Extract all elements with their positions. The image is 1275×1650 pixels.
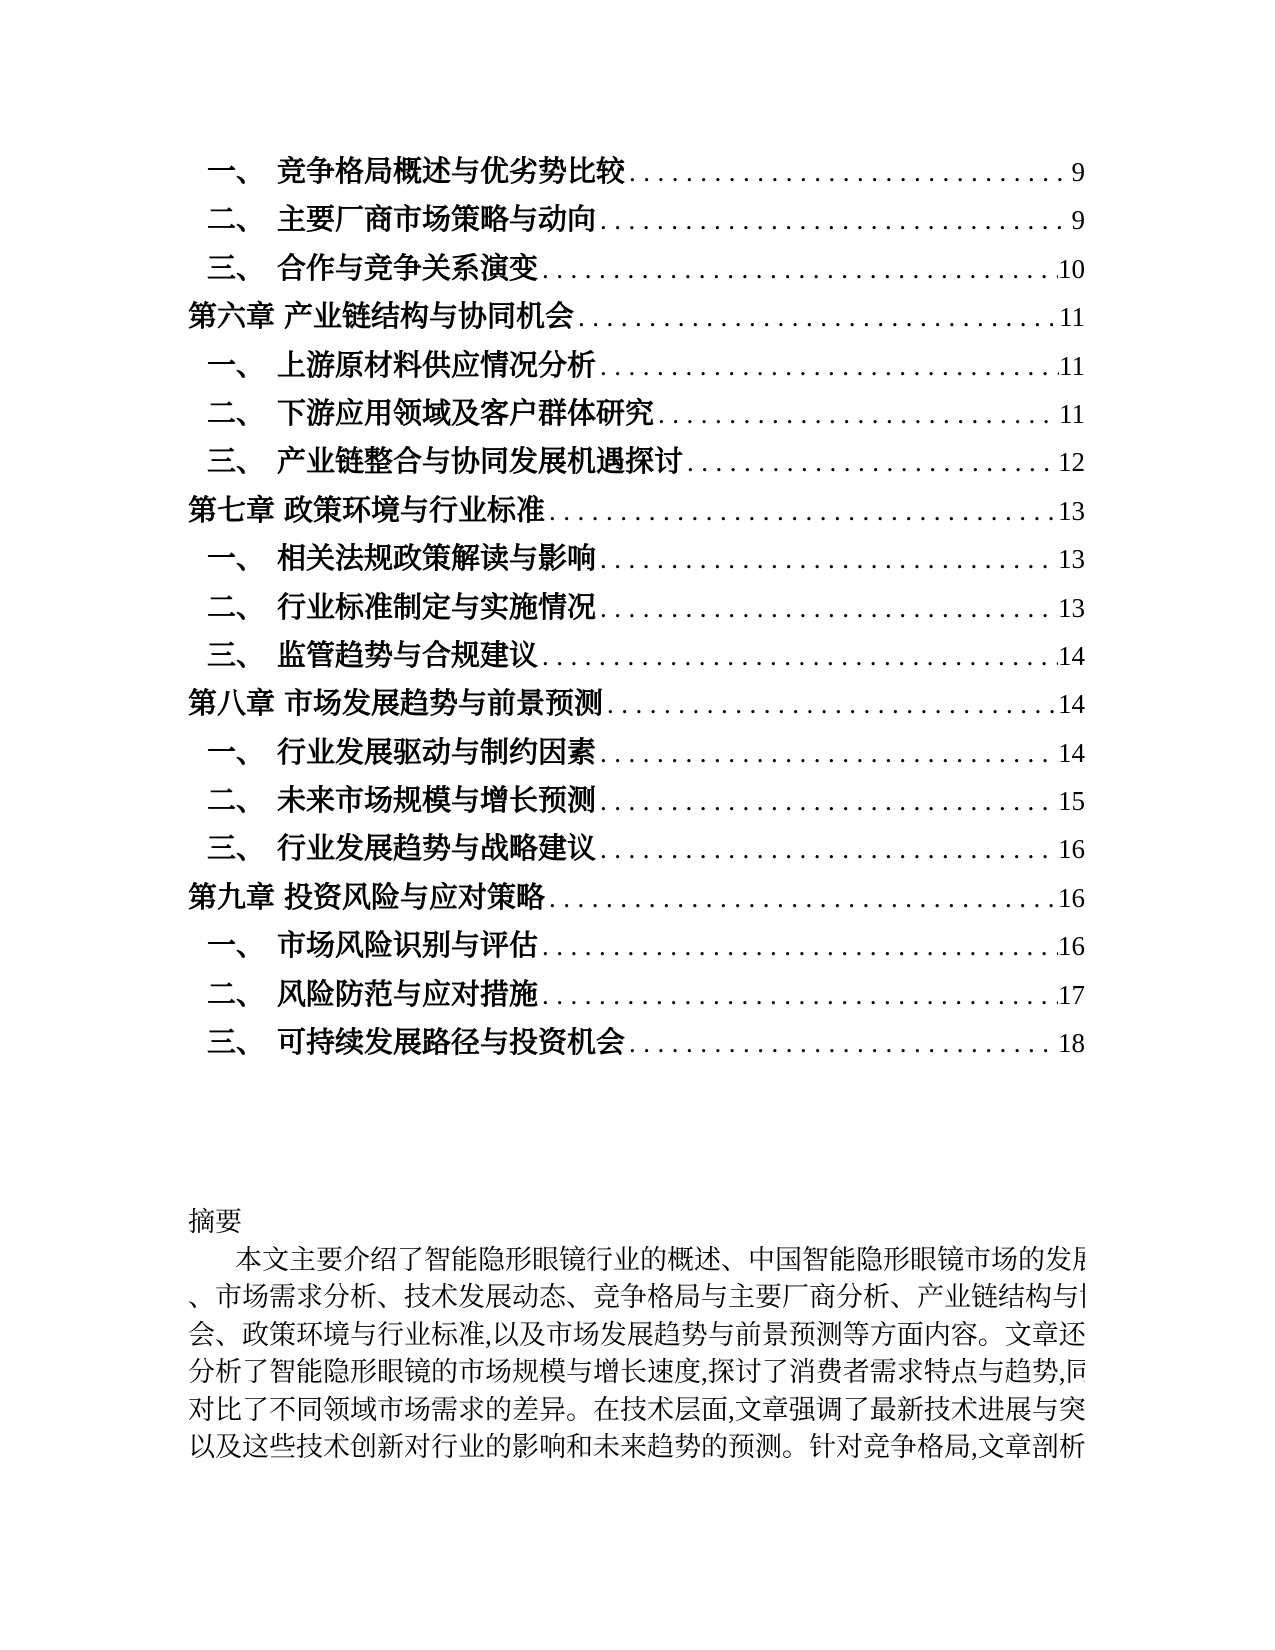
toc-dot-leader: ........................................… [596, 729, 1058, 777]
toc-entry-number: 三、 [207, 1019, 277, 1067]
toc-dot-leader: ........................................… [574, 293, 1059, 341]
toc-section-entry[interactable]: 一、市场风险识别与评估.............................… [188, 922, 1085, 970]
toc-section-entry[interactable]: 三、行业发展趋势与战略建议...........................… [188, 825, 1085, 873]
toc-entry-title: 下游应用领域及客户群体研究 [277, 390, 654, 438]
toc-dot-leader: ........................................… [596, 342, 1059, 390]
toc-entry-title: 未来市场规模与增长预测 [277, 777, 596, 825]
toc-page-number: 9 [1072, 148, 1086, 196]
toc-entry-number: 三、 [207, 632, 277, 680]
toc-page-number: 16 [1058, 874, 1085, 922]
toc-section-entry[interactable]: 一、竞争格局概述与优劣势比较..........................… [188, 148, 1085, 196]
abstract-section: 摘要 本文主要介绍了智能隐形眼镜行业的概述、中国智能隐形眼镜市场的发展现状、市场… [188, 1204, 1085, 1467]
toc-section-entry[interactable]: 三、产业链整合与协同发展机遇探讨........................… [188, 438, 1085, 486]
toc-entry-number: 三、 [207, 825, 277, 873]
toc-dot-leader: ........................................… [603, 680, 1058, 728]
abstract-line: 本文主要介绍了智能隐形眼镜行业的概述、中国智能隐形眼镜市场的发展现状 [188, 1242, 1085, 1280]
abstract-line: 会、政策环境与行业标准,以及市场发展趋势与前景预测等方面内容。文章还深入 [188, 1317, 1085, 1355]
toc-page-number: 16 [1058, 922, 1085, 970]
toc-entry-title: 风险防范与应对措施 [277, 971, 538, 1019]
document-page: 一、竞争格局概述与优劣势比较..........................… [0, 0, 1275, 1650]
toc-entry-number: 第七章 [188, 487, 275, 535]
toc-entry-number: 二、 [207, 777, 277, 825]
toc-entry-title: 行业发展驱动与制约因素 [277, 729, 596, 777]
toc-section-entry[interactable]: 二、主要厂商市场策略与动向...........................… [188, 196, 1085, 244]
toc-entry-title: 合作与竞争关系演变 [277, 245, 538, 293]
toc-entry-title: 投资风险与应对策略 [284, 874, 545, 922]
toc-dot-leader: ........................................… [625, 1019, 1058, 1067]
toc-entry-number: 第六章 [188, 293, 275, 341]
toc-chapter-entry[interactable]: 第七章政策环境与行业标准............................… [188, 487, 1085, 535]
toc-entry-number: 第九章 [188, 874, 275, 922]
toc-page-number: 12 [1058, 438, 1085, 486]
toc-entry-title: 相关法规政策解读与影响 [277, 535, 596, 583]
toc-section-entry[interactable]: 三、合作与竞争关系演变.............................… [188, 245, 1085, 293]
toc-entry-title: 竞争格局概述与优劣势比较 [277, 148, 625, 196]
toc-dot-leader: ........................................… [683, 438, 1058, 486]
toc-page-number: 13 [1058, 584, 1085, 632]
toc-section-entry[interactable]: 一、行业发展驱动与制约因素...........................… [188, 729, 1085, 777]
toc-dot-leader: ........................................… [654, 390, 1059, 438]
toc-entry-number: 三、 [207, 438, 277, 486]
toc-page-number: 14 [1058, 729, 1085, 777]
toc-dot-leader: ........................................… [545, 487, 1058, 535]
toc-entry-number: 三、 [207, 245, 277, 293]
abstract-line: 以及这些技术创新对行业的影响和未来趋势的预测。针对竞争格局,文章剖析了主 [188, 1429, 1085, 1467]
toc-entry-title: 上游原材料供应情况分析 [277, 342, 596, 390]
toc-dot-leader: ........................................… [625, 148, 1071, 196]
toc-entry-number: 一、 [207, 148, 277, 196]
toc-entry-number: 二、 [207, 196, 277, 244]
toc-chapter-entry[interactable]: 第六章产业链结构与协同机会...........................… [188, 293, 1085, 341]
toc-page-number: 10 [1058, 245, 1085, 293]
toc-dot-leader: ........................................… [596, 584, 1058, 632]
toc-page-number: 11 [1059, 390, 1085, 438]
toc-entry-number: 二、 [207, 390, 277, 438]
toc-dot-leader: ........................................… [596, 777, 1058, 825]
toc-chapter-entry[interactable]: 第八章市场发展趋势与前景预测..........................… [188, 680, 1085, 728]
toc-entry-number: 二、 [207, 584, 277, 632]
toc-entry-number: 第八章 [188, 680, 275, 728]
toc-entry-title: 市场风险识别与评估 [277, 922, 538, 970]
toc-dot-leader: ........................................… [596, 825, 1058, 873]
toc-entry-title: 主要厂商市场策略与动向 [277, 196, 596, 244]
toc-entry-title: 行业发展趋势与战略建议 [277, 825, 596, 873]
toc-section-entry[interactable]: 二、行业标准制定与实施情况...........................… [188, 584, 1085, 632]
toc-page-number: 14 [1058, 632, 1085, 680]
toc-entry-title: 产业链整合与协同发展机遇探讨 [277, 438, 683, 486]
toc-dot-leader: ........................................… [596, 535, 1058, 583]
toc-entry-title: 监管趋势与合规建议 [277, 632, 538, 680]
toc-page-number: 11 [1059, 293, 1085, 341]
toc-section-entry[interactable]: 二、下游应用领域及客户群体研究.........................… [188, 390, 1085, 438]
toc-dot-leader: ........................................… [538, 971, 1058, 1019]
table-of-contents: 一、竞争格局概述与优劣势比较..........................… [188, 148, 1085, 1067]
toc-entry-number: 一、 [207, 535, 277, 583]
toc-page-number: 17 [1058, 971, 1085, 1019]
toc-page-number: 13 [1058, 535, 1085, 583]
toc-section-entry[interactable]: 一、上游原材料供应情况分析...........................… [188, 342, 1085, 390]
toc-page-number: 9 [1072, 196, 1086, 244]
toc-entry-title: 市场发展趋势与前景预测 [284, 680, 603, 728]
toc-dot-leader: ........................................… [545, 874, 1058, 922]
toc-section-entry[interactable]: 三、可持续发展路径与投资机会..........................… [188, 1019, 1085, 1067]
toc-page-number: 11 [1059, 342, 1085, 390]
toc-entry-title: 可持续发展路径与投资机会 [277, 1019, 625, 1067]
abstract-heading: 摘要 [188, 1204, 1085, 1242]
toc-entry-title: 产业链结构与协同机会 [284, 293, 574, 341]
toc-page-number: 14 [1058, 680, 1085, 728]
toc-entry-number: 一、 [207, 342, 277, 390]
abstract-line: 对比了不同领域市场需求的差异。在技术层面,文章强调了最新技术进展与突破, [188, 1392, 1085, 1430]
toc-entry-number: 二、 [207, 971, 277, 1019]
toc-section-entry[interactable]: 三、监管趋势与合规建议.............................… [188, 632, 1085, 680]
toc-page-number: 18 [1058, 1019, 1085, 1067]
toc-page-number: 13 [1058, 487, 1085, 535]
toc-dot-leader: ........................................… [538, 245, 1058, 293]
toc-dot-leader: ........................................… [538, 922, 1058, 970]
page-content: 一、竞争格局概述与优劣势比较..........................… [188, 148, 1085, 1467]
toc-section-entry[interactable]: 一、相关法规政策解读与影响...........................… [188, 535, 1085, 583]
toc-dot-leader: ........................................… [538, 632, 1058, 680]
toc-section-entry[interactable]: 二、风险防范与应对措施.............................… [188, 971, 1085, 1019]
abstract-line: 分析了智能隐形眼镜的市场规模与增长速度,探讨了消费者需求特点与趋势,同时 [188, 1354, 1085, 1392]
toc-entry-title: 政策环境与行业标准 [284, 487, 545, 535]
abstract-line: 、市场需求分析、技术发展动态、竞争格局与主要厂商分析、产业链结构与协同机 [188, 1279, 1085, 1317]
toc-dot-leader: ........................................… [596, 196, 1071, 244]
toc-chapter-entry[interactable]: 第九章投资风险与应对策略............................… [188, 874, 1085, 922]
toc-entry-number: 一、 [207, 922, 277, 970]
toc-section-entry[interactable]: 二、未来市场规模与增长预测...........................… [188, 777, 1085, 825]
abstract-paragraph: 本文主要介绍了智能隐形眼镜行业的概述、中国智能隐形眼镜市场的发展现状、市场需求分… [188, 1242, 1085, 1467]
toc-page-number: 16 [1058, 825, 1085, 873]
toc-entry-title: 行业标准制定与实施情况 [277, 584, 596, 632]
toc-entry-number: 一、 [207, 729, 277, 777]
toc-page-number: 15 [1058, 777, 1085, 825]
